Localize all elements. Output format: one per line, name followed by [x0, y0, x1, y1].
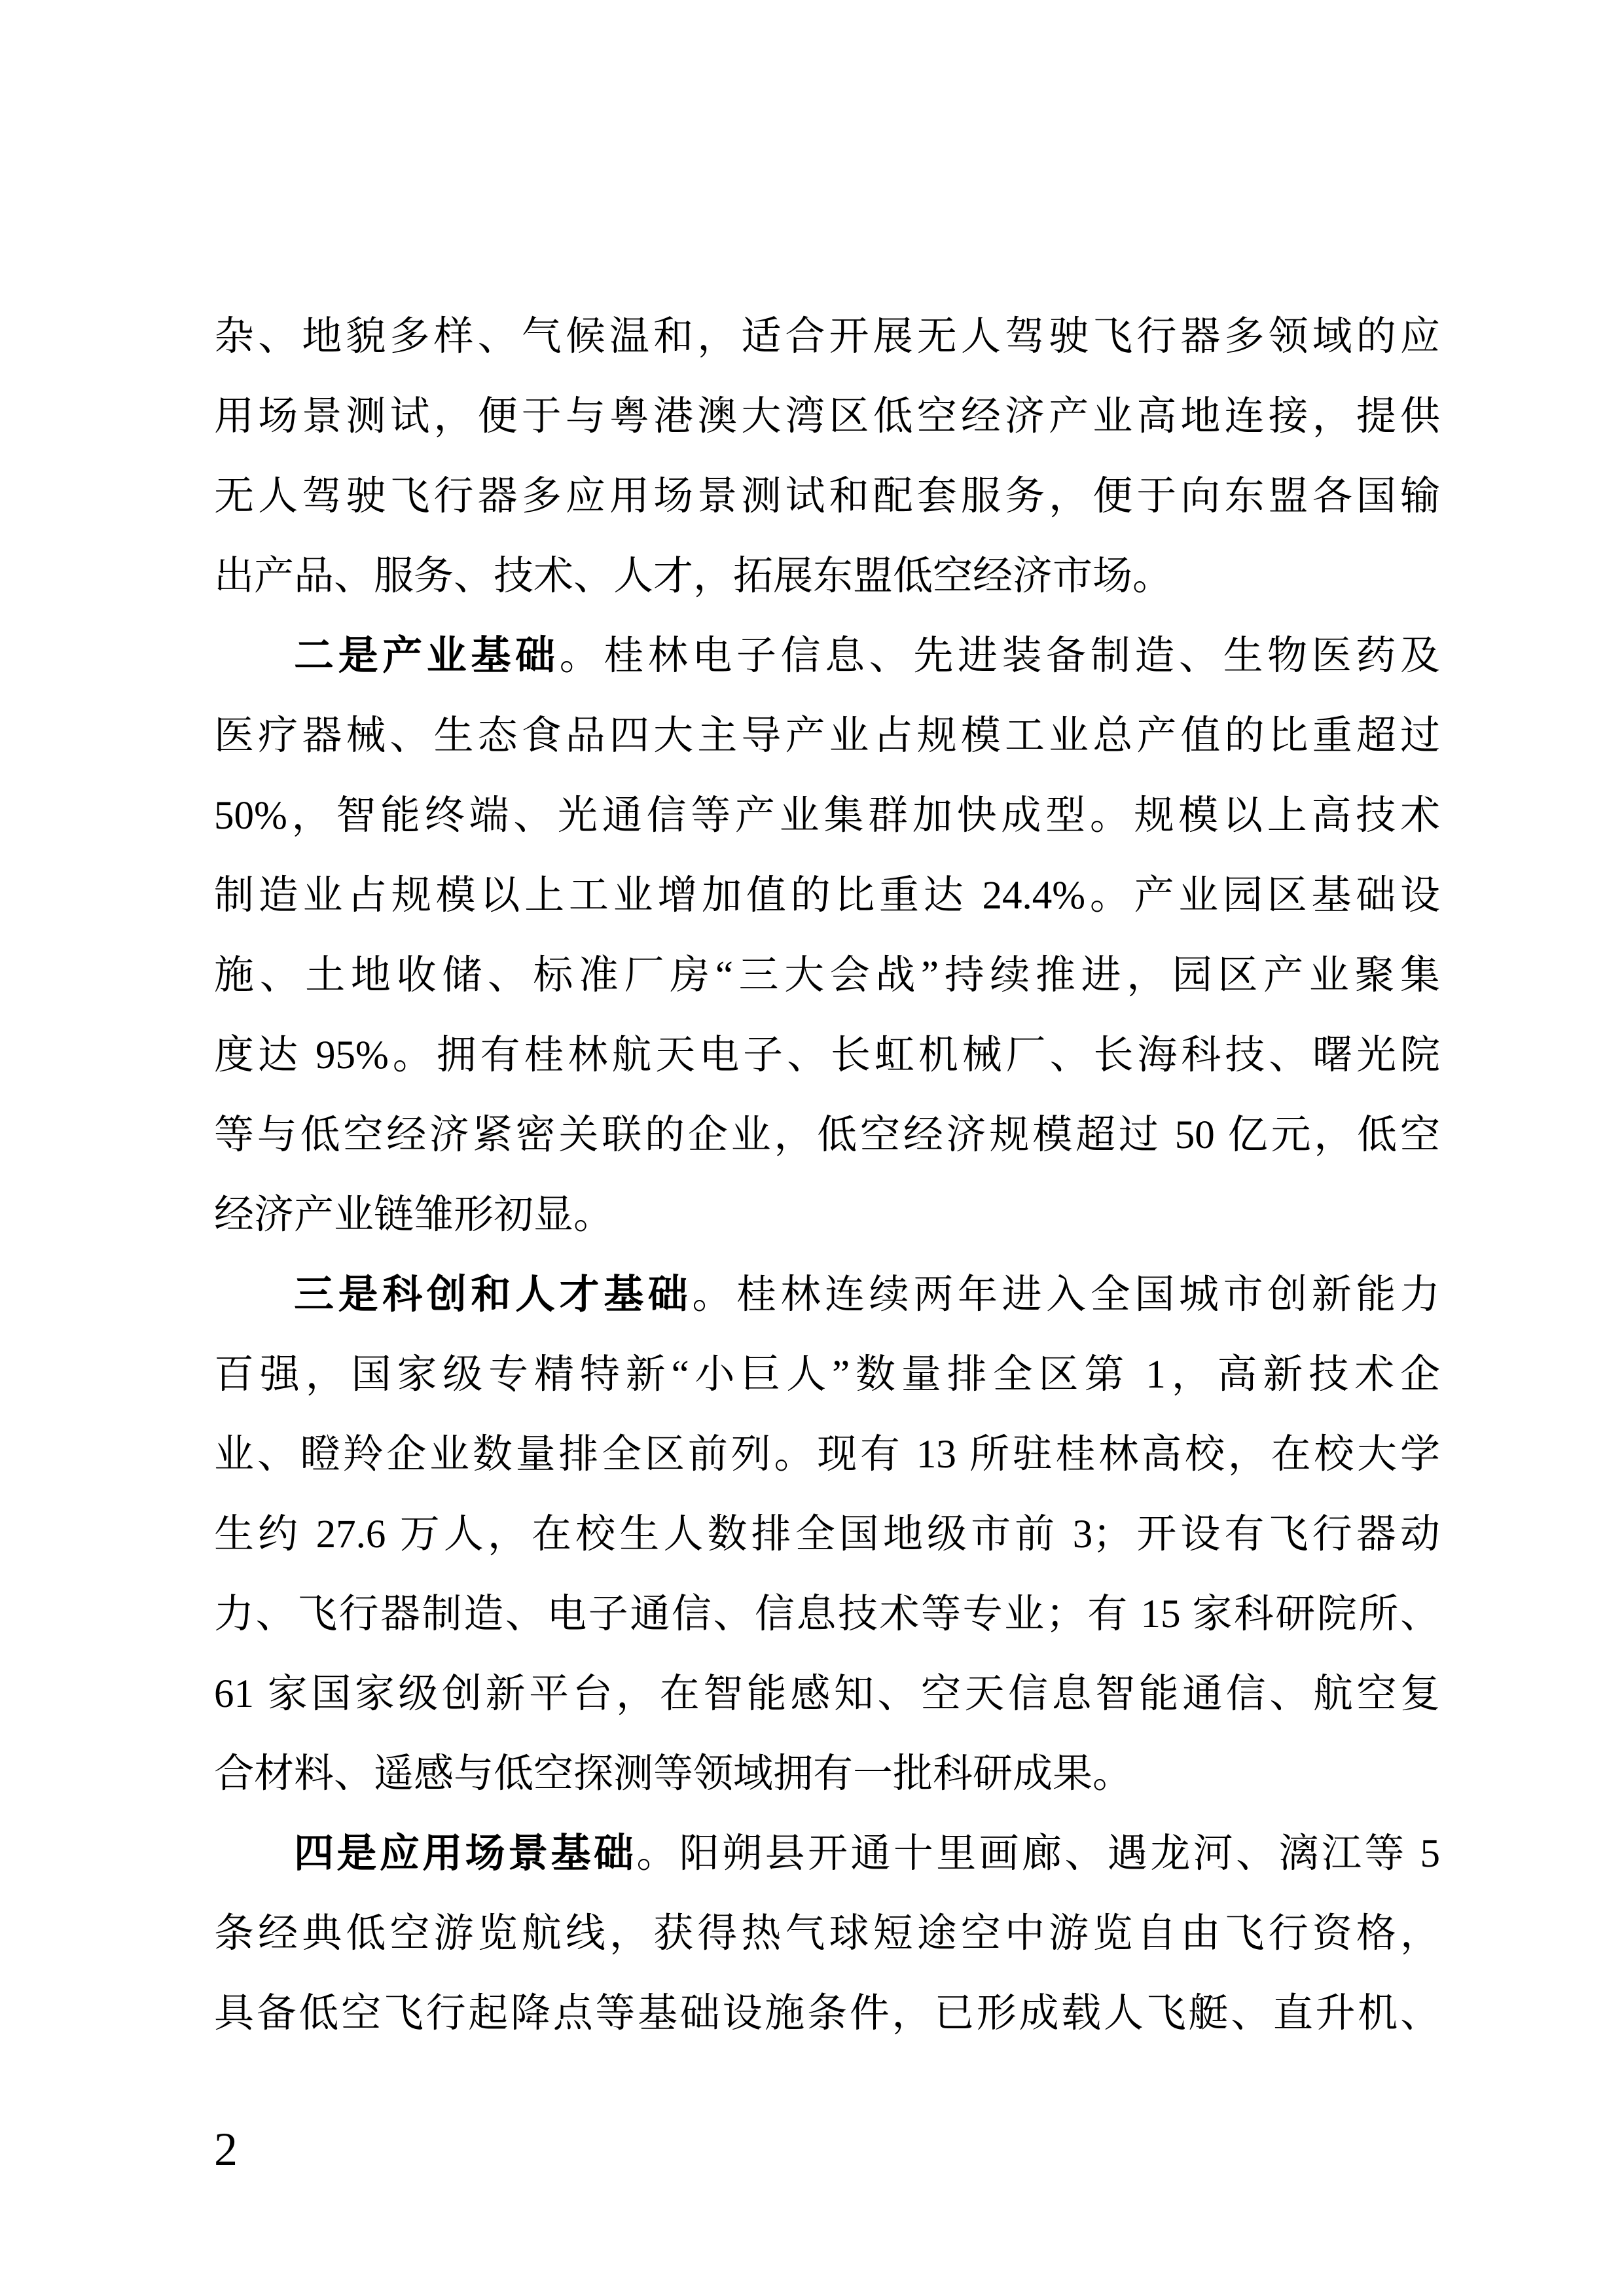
text-line: 百强，国家级专精特新“小巨人”数量排全区第 1，高新技术企: [214, 1335, 1440, 1415]
text-line: 度达 95%。拥有桂林航天电子、长虹机械厂、长海科技、曙光院: [214, 1016, 1440, 1096]
paragraph-lead-bold: 四是应用场景基础: [294, 1832, 636, 1876]
text-line: 生约 27.6 万人，在校生人数排全国地级市前 3；开设有飞行器动: [214, 1495, 1440, 1575]
text-line: 业、瞪羚企业数量排全区前列。现有 13 所驻桂林高校，在校大学: [214, 1415, 1440, 1495]
document-page: 杂、地貌多样、气候温和，适合开展无人驾驶飞行器多领域的应用场景测试，便于与粤港澳…: [0, 0, 1624, 2296]
paragraph-lead-bold: 三是科创和人才基础: [294, 1273, 692, 1317]
text-line: 制造业占规模以上工业增加值的比重达 24.4%。产业园区基础设: [214, 856, 1440, 936]
text-line: 无人驾驶飞行器多应用场景测试和配套服务，便于向东盟各国输: [214, 457, 1440, 537]
text-line: 用场景测试，便于与粤港澳大湾区低空经济产业高地连接，提供: [214, 377, 1440, 457]
paragraph-lead-bold: 二是产业基础: [294, 634, 560, 678]
text-line: 三是科创和人才基础。桂林连续两年进入全国城市创新能力: [214, 1255, 1440, 1335]
text-line: 出产品、服务、技术、人才，拓展东盟低空经济市场。: [214, 537, 1440, 617]
text-line: 50%，智能终端、光通信等产业集群加快成型。规模以上高技术: [214, 776, 1440, 856]
text-line: 条经典低空游览航线，获得热气球短途空中游览自由飞行资格，: [214, 1894, 1440, 1974]
text-line: 经济产业链雏形初显。: [214, 1175, 1440, 1255]
text-line: 力、飞行器制造、电子通信、信息技术等专业；有 15 家科研院所、: [214, 1575, 1440, 1655]
text-line: 等与低空经济紧密关联的企业，低空经济规模超过 50 亿元，低空: [214, 1096, 1440, 1175]
body-text: 杂、地貌多样、气候温和，适合开展无人驾驶飞行器多领域的应用场景测试，便于与粤港澳…: [214, 297, 1440, 2054]
text-line: 四是应用场景基础。阳朔县开通十里画廊、遇龙河、漓江等 5: [214, 1814, 1440, 1894]
text-line: 61 家国家级创新平台，在智能感知、空天信息智能通信、航空复: [214, 1655, 1440, 1734]
text-line: 合材料、遥感与低空探测等领域拥有一批科研成果。: [214, 1734, 1440, 1814]
text-line: 施、土地收储、标准厂房“三大会战”持续推进，园区产业聚集: [214, 936, 1440, 1016]
text-line: 具备低空飞行起降点等基础设施条件，已形成载人飞艇、直升机、: [214, 1974, 1440, 2054]
text-line: 杂、地貌多样、气候温和，适合开展无人驾驶飞行器多领域的应: [214, 297, 1440, 377]
text-line: 二是产业基础。桂林电子信息、先进装备制造、生物医药及: [214, 617, 1440, 696]
text-line: 医疗器械、生态食品四大主导产业占规模工业总产值的比重超过: [214, 696, 1440, 776]
page-number: 2: [214, 2126, 238, 2173]
